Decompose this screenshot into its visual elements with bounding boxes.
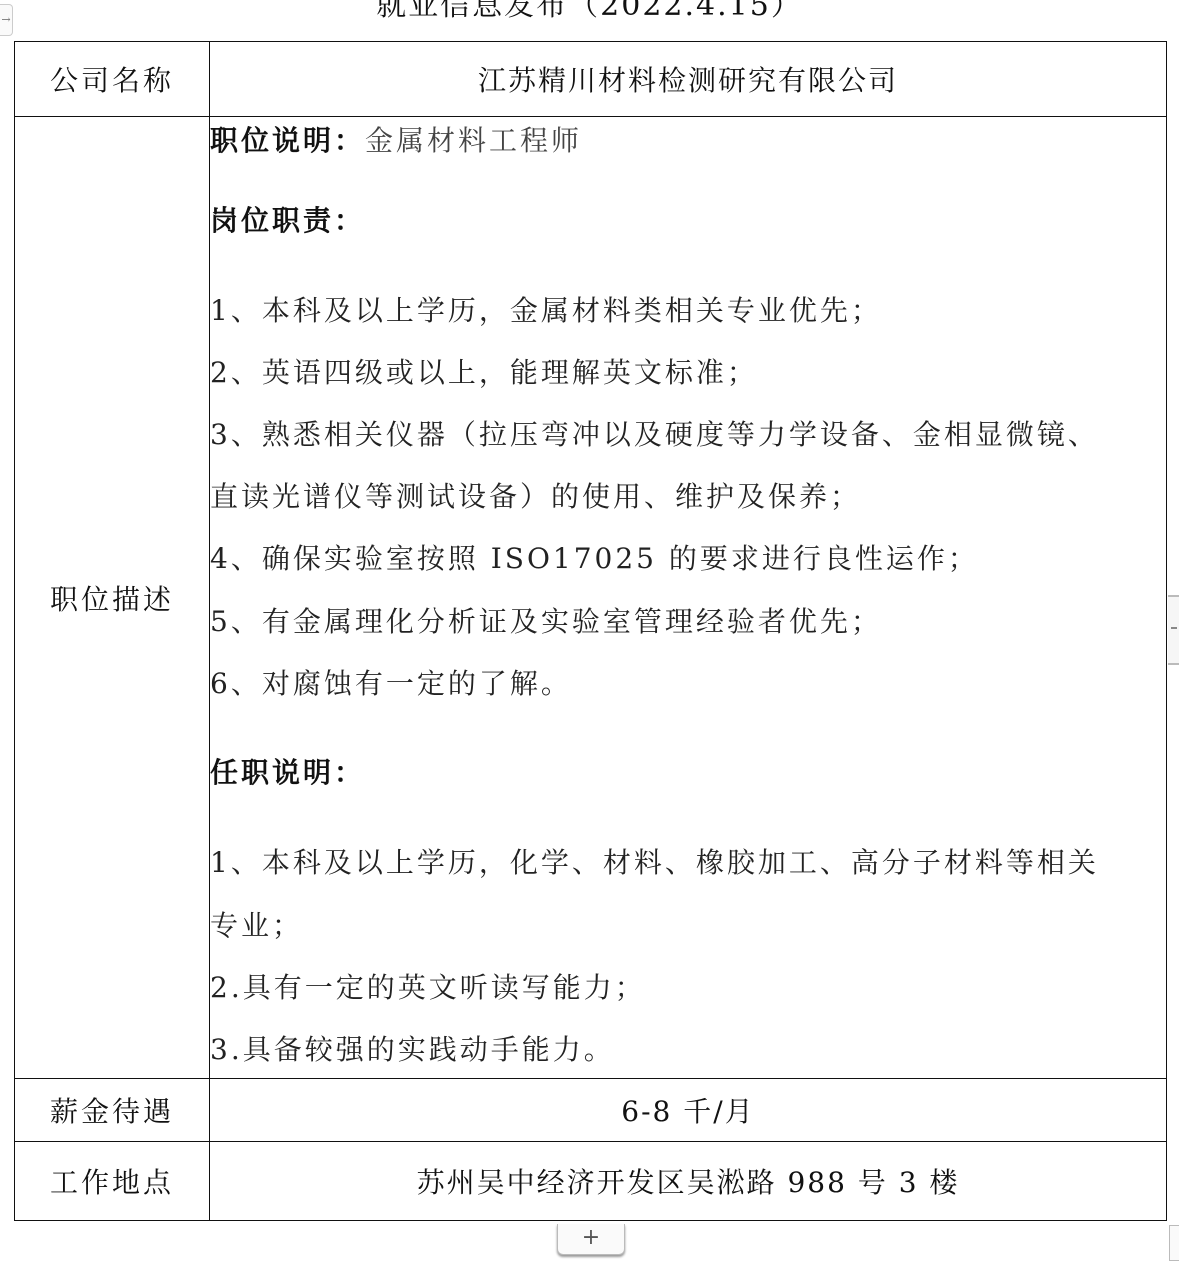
position-value: 金属材料工程师 [365, 124, 582, 157]
table-row-description: 职位描述 职位说明：金属材料工程师 岗位职责： 1、本科及以上学历，金属材料类相… [15, 117, 1167, 1079]
job-info-table: 公司名称 江苏精川材料检测研究有限公司 职位描述 职位说明：金属材料工程师 岗位… [14, 41, 1167, 1221]
side-arrow-icon[interactable]: → [0, 4, 13, 36]
salary-label: 薪金待遇 [15, 1079, 210, 1142]
duty-item: 2、英语四级或以上，能理解英文标准； [210, 351, 758, 391]
table-row-location: 工作地点 苏州吴中经济开发区吴淞路 988 号 3 楼 [15, 1142, 1167, 1221]
duty-item: 6、对腐蚀有一定的了解。 [210, 662, 572, 702]
duties-heading: 岗位职责： [210, 199, 365, 239]
location-value: 苏州吴中经济开发区吴淞路 988 号 3 楼 [210, 1142, 1167, 1221]
duty-item: 1、本科及以上学历，金属材料类相关专业优先； [210, 289, 882, 329]
company-value: 江苏精川材料检测研究有限公司 [210, 42, 1167, 117]
table-row-salary: 薪金待遇 6-8 千/月 [15, 1079, 1167, 1142]
duty-item: 4、确保实验室按照 ISO17025 的要求进行良性运作； [210, 537, 979, 577]
requirement-item: 专业； [210, 904, 303, 944]
requirement-item: 1、本科及以上学历，化学、材料、橡胶加工、高分子材料等相关 [210, 841, 1099, 881]
position-line: 职位说明：金属材料工程师 [210, 119, 582, 159]
location-label: 工作地点 [15, 1142, 210, 1221]
company-label: 公司名称 [15, 42, 210, 117]
requirement-item: 2.具有一定的英文听读写能力； [210, 966, 646, 1006]
table-row-company: 公司名称 江苏精川材料检测研究有限公司 [15, 42, 1167, 117]
requirements-heading: 任职说明： [210, 751, 365, 791]
position-heading: 职位说明： [210, 124, 365, 157]
duty-item: 直读光谱仪等测试设备）的使用、维护及保养； [210, 475, 861, 515]
description-label: 职位描述 [15, 117, 210, 1079]
duty-item: 5、有金属理化分析证及实验室管理经验者优先； [210, 600, 882, 640]
duty-item: 3、熟悉相关仪器（拉压弯冲以及硬度等力学设备、金相显微镜、 [210, 413, 1099, 453]
corner-handle[interactable] [1169, 1225, 1179, 1261]
salary-value: 6-8 千/月 [210, 1079, 1167, 1142]
handle-grip-icon [1171, 627, 1177, 629]
add-row-button[interactable]: + [557, 1224, 625, 1255]
document-title: 就业信息发布（2022.4.15） [0, 0, 1179, 24]
description-cell: 职位说明：金属材料工程师 岗位职责： 1、本科及以上学历，金属材料类相关专业优先… [210, 117, 1167, 1079]
side-scroll-handle[interactable] [1168, 595, 1179, 665]
requirement-item: 3.具备较强的实践动手能力。 [210, 1028, 615, 1068]
